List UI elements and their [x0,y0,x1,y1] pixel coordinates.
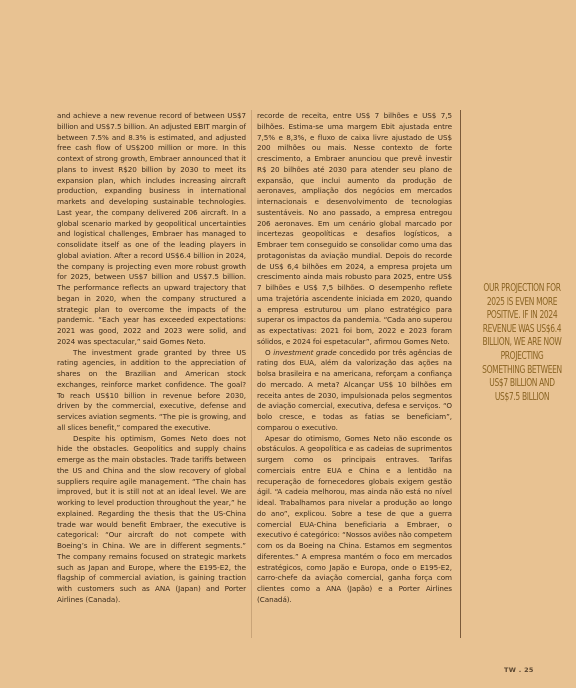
column-divider [251,110,252,638]
pull-quote: Our projection for 2025 is even more pos… [479,282,564,404]
italic-term: investment grade [273,348,336,357]
article-paragraph: Despite his optimism, Gomes Neto does no… [57,434,246,606]
paragraph-text: O [265,348,273,357]
article-paragraph: O investment grade concedido por três ag… [257,348,452,434]
article-paragraph: and achieve a new revenue record of betw… [57,111,246,348]
article-column-english: and achieve a new revenue record of betw… [57,111,246,606]
paragraph-text: concedido por três agências de rating do… [257,348,452,432]
article-paragraph: recorde de receita, entre US$ 7 bilhões … [257,111,452,348]
article-column-portuguese: recorde de receita, entre US$ 7 bilhões … [257,111,452,606]
pullquote-divider [460,110,461,638]
page-number: TW . 25 [504,666,534,674]
article-paragraph: The investment grade granted by three US… [57,348,246,434]
article-paragraph: Apesar do otimismo, Gomes Neto não escon… [257,434,452,606]
